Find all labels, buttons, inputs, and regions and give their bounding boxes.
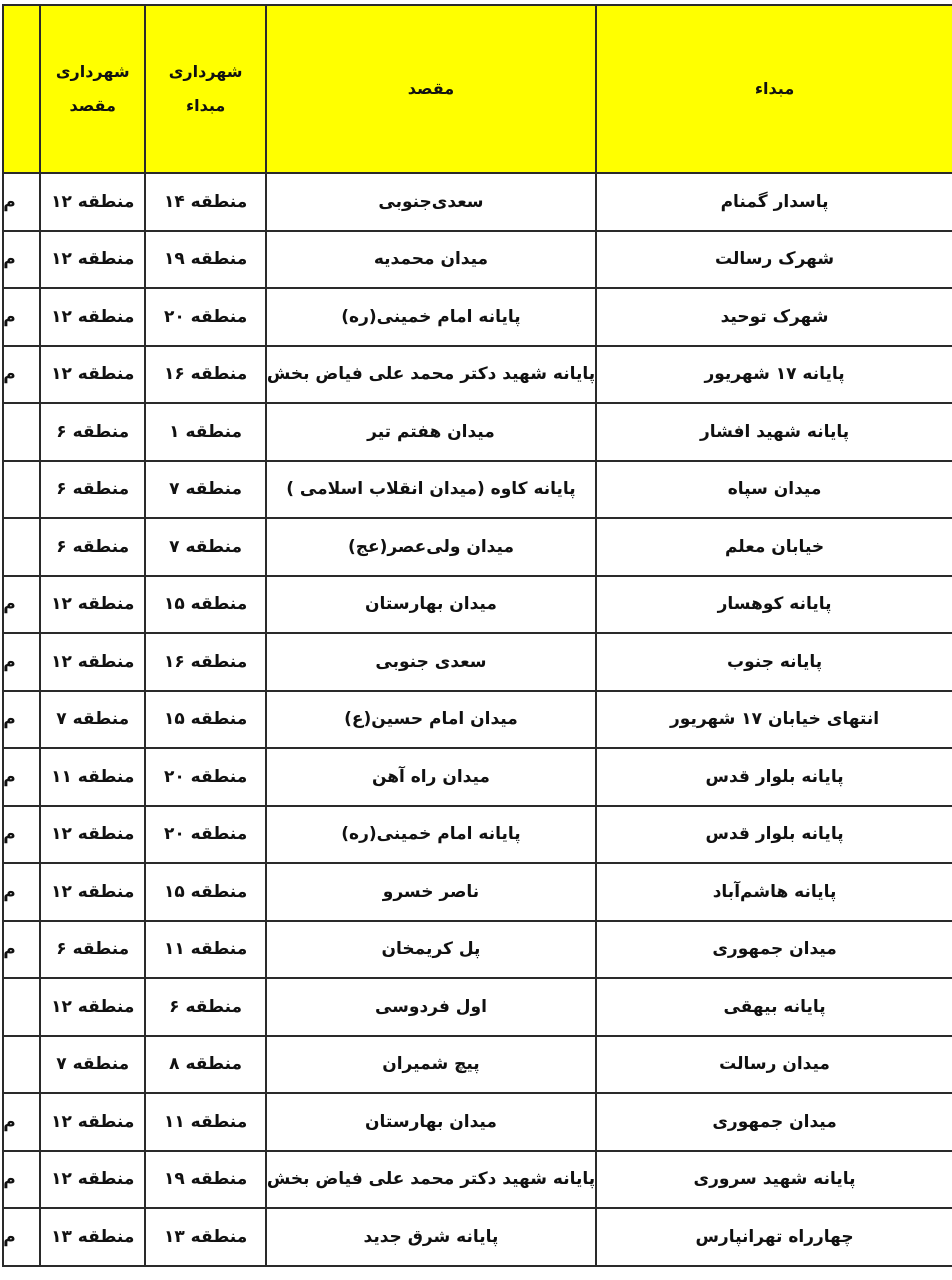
table-row: پایانه بلوار قدسمیدان راه آهنمنطقه ۲۰منط… [3, 748, 952, 806]
origin-cell: پایانه هاشم‌آباد [596, 863, 952, 921]
extra-cutoff-cell: م [3, 1093, 40, 1151]
destination-cell: پایانه شهید دکتر محمد علی فیاض بخش [266, 346, 596, 404]
origin-cell: پایانه جنوب [596, 633, 952, 691]
extra-cutoff-cell [3, 518, 40, 576]
origin-zone-cell: منطقه ۱۳ [145, 1208, 265, 1266]
origin-cell: شهرک توحید [596, 288, 952, 346]
table-row: انتهای خیابان ۱۷ شهریورمیدان امام حسین(ع… [3, 691, 952, 749]
origin-zone-cell: منطقه ۱۹ [145, 1151, 265, 1209]
destination-cell: پایانه شرق جدید [266, 1208, 596, 1266]
destination-cell: پل کریمخان [266, 921, 596, 979]
document-sheet: مبداء مقصد شهرداری مبداء شهرداری مقصد پا… [0, 0, 952, 1280]
extra-cutoff-cell: م [3, 231, 40, 289]
extra-cutoff-text: م [3, 767, 15, 787]
extra-cutoff-cell: م [3, 346, 40, 404]
extra-cutoff-cell [3, 461, 40, 519]
origin-zone-cell: منطقه ۲۰ [145, 288, 265, 346]
table-row: پایانه شهید افشارمیدان هفتم تیرمنطقه ۱من… [3, 403, 952, 461]
destination-zone-cell: منطقه ۱۲ [40, 633, 145, 691]
destination-zone-cell: منطقه ۱۲ [40, 1151, 145, 1209]
origin-zone-cell: منطقه ۱۹ [145, 231, 265, 289]
extra-cutoff-cell: م [3, 1151, 40, 1209]
destination-zone-cell: منطقه ۱۲ [40, 863, 145, 921]
origin-cell: پایانه بلوار قدس [596, 806, 952, 864]
destination-cell: پایانه امام خمینی(ره) [266, 806, 596, 864]
destination-zone-cell: منطقه ۶ [40, 461, 145, 519]
header-destination-municipality: شهرداری مقصد [40, 5, 145, 173]
header-origin-municipality: شهرداری مبداء [145, 5, 265, 173]
origin-zone-cell: منطقه ۱۱ [145, 1093, 265, 1151]
origin-zone-cell: منطقه ۱۵ [145, 576, 265, 634]
origin-zone-cell: منطقه ۱۴ [145, 173, 265, 231]
extra-cutoff-text: م [3, 939, 15, 959]
origin-cell: میدان جمهوری [596, 1093, 952, 1151]
header-destination-municipality-line1: شهرداری [41, 55, 144, 89]
extra-cutoff-text: م [3, 882, 15, 902]
header-extra-cutoff [3, 5, 40, 173]
extra-cutoff-text: م [3, 249, 15, 269]
table-row: میدان جمهوریپل کریمخانمنطقه ۱۱منطقه ۶م [3, 921, 952, 979]
destination-zone-cell: منطقه ۱۳ [40, 1208, 145, 1266]
extra-cutoff-cell: م [3, 863, 40, 921]
origin-zone-cell: منطقه ۱۶ [145, 346, 265, 404]
origin-cell: پایانه کوهسار [596, 576, 952, 634]
destination-zone-cell: منطقه ۱۲ [40, 288, 145, 346]
header-destination: مقصد [266, 5, 596, 173]
table-row: پایانه بیهقیاول فردوسیمنطقه ۶منطقه ۱۲ [3, 978, 952, 1036]
destination-zone-cell: منطقه ۱۲ [40, 346, 145, 404]
destination-zone-cell: منطقه ۱۲ [40, 576, 145, 634]
destination-cell: میدان بهارستان [266, 576, 596, 634]
origin-cell: شهرک رسالت [596, 231, 952, 289]
origin-cell: پایانه بلوار قدس [596, 748, 952, 806]
extra-cutoff-cell: م [3, 576, 40, 634]
extra-cutoff-cell: م [3, 288, 40, 346]
extra-cutoff-text: م [3, 594, 15, 614]
origin-zone-cell: منطقه ۱۵ [145, 691, 265, 749]
routes-table: مبداء مقصد شهرداری مبداء شهرداری مقصد پا… [2, 4, 952, 1267]
destination-zone-cell: منطقه ۱۲ [40, 806, 145, 864]
destination-cell: ناصر خسرو [266, 863, 596, 921]
table-row: چهارراه تهرانپارسپایانه شرق جدیدمنطقه ۱۳… [3, 1208, 952, 1266]
extra-cutoff-text: م [3, 824, 15, 844]
origin-cell: خیابان معلم [596, 518, 952, 576]
origin-cell: میدان رسالت [596, 1036, 952, 1094]
destination-zone-cell: منطقه ۶ [40, 403, 145, 461]
table-row: شهرک توحیدپایانه امام خمینی(ره)منطقه ۲۰م… [3, 288, 952, 346]
destination-zone-cell: منطقه ۱۲ [40, 173, 145, 231]
destination-cell: پیچ شمیران [266, 1036, 596, 1094]
destination-zone-cell: منطقه ۱۲ [40, 231, 145, 289]
origin-cell: چهارراه تهرانپارس [596, 1208, 952, 1266]
header-destination-municipality-line2: مقصد [41, 89, 144, 123]
origin-zone-cell: منطقه ۷ [145, 518, 265, 576]
destination-zone-cell: منطقه ۶ [40, 518, 145, 576]
origin-cell: میدان جمهوری [596, 921, 952, 979]
header-origin-municipality-line1: شهرداری [146, 55, 264, 89]
extra-cutoff-cell: م [3, 921, 40, 979]
origin-cell: میدان سپاه [596, 461, 952, 519]
origin-zone-cell: منطقه ۷ [145, 461, 265, 519]
destination-cell: پایانه کاوه (میدان انقلاب اسلامی ) [266, 461, 596, 519]
table-row: میدان رسالتپیچ شمیرانمنطقه ۸منطقه ۷ [3, 1036, 952, 1094]
extra-cutoff-text: م [3, 192, 15, 212]
destination-cell: میدان بهارستان [266, 1093, 596, 1151]
extra-cutoff-text: م [3, 1227, 15, 1247]
extra-cutoff-cell [3, 403, 40, 461]
extra-cutoff-text: م [3, 307, 15, 327]
origin-cell: پایانه شهید سروری [596, 1151, 952, 1209]
extra-cutoff-text: م [3, 1112, 15, 1132]
extra-cutoff-text: م [3, 709, 15, 729]
destination-cell: میدان محمدیه [266, 231, 596, 289]
extra-cutoff-text: م [3, 652, 15, 672]
destination-cell: پایانه امام خمینی(ره) [266, 288, 596, 346]
origin-cell: پاسدار گمنام [596, 173, 952, 231]
origin-zone-cell: منطقه ۸ [145, 1036, 265, 1094]
destination-cell: میدان راه آهن [266, 748, 596, 806]
table-row: میدان جمهوریمیدان بهارستانمنطقه ۱۱منطقه … [3, 1093, 952, 1151]
origin-zone-cell: منطقه ۱۶ [145, 633, 265, 691]
destination-zone-cell: منطقه ۷ [40, 1036, 145, 1094]
extra-cutoff-cell: م [3, 748, 40, 806]
destination-cell: پایانه شهید دکتر محمد علی فیاض بخش [266, 1151, 596, 1209]
destination-cell: سعدی‌جنوبی [266, 173, 596, 231]
table-row: پایانه جنوبسعدی جنوبیمنطقه ۱۶منطقه ۱۲م [3, 633, 952, 691]
destination-zone-cell: منطقه ۷ [40, 691, 145, 749]
table-row: پایانه هاشم‌آبادناصر خسرومنطقه ۱۵منطقه ۱… [3, 863, 952, 921]
table-row: میدان سپاهپایانه کاوه (میدان انقلاب اسلا… [3, 461, 952, 519]
origin-zone-cell: منطقه ۱ [145, 403, 265, 461]
extra-cutoff-cell: م [3, 173, 40, 231]
destination-cell: میدان هفتم تیر [266, 403, 596, 461]
origin-cell: انتهای خیابان ۱۷ شهریور [596, 691, 952, 749]
origin-zone-cell: منطقه ۶ [145, 978, 265, 1036]
extra-cutoff-cell: م [3, 1208, 40, 1266]
origin-cell: پایانه بیهقی [596, 978, 952, 1036]
destination-cell: اول فردوسی [266, 978, 596, 1036]
origin-zone-cell: منطقه ۲۰ [145, 748, 265, 806]
origin-zone-cell: منطقه ۲۰ [145, 806, 265, 864]
table-row: خیابان معلممیدان ولی‌عصر(عج)منطقه ۷منطقه… [3, 518, 952, 576]
table-body: پاسدار گمنامسعدی‌جنوبیمنطقه ۱۴منطقه ۱۲مش… [3, 173, 952, 1266]
extra-cutoff-cell [3, 1036, 40, 1094]
extra-cutoff-text: م [3, 1169, 15, 1189]
destination-cell: سعدی جنوبی [266, 633, 596, 691]
destination-zone-cell: منطقه ۱۲ [40, 1093, 145, 1151]
origin-zone-cell: منطقه ۱۵ [145, 863, 265, 921]
extra-cutoff-cell: م [3, 691, 40, 749]
origin-cell: پایانه ۱۷ شهریور [596, 346, 952, 404]
destination-zone-cell: منطقه ۱۱ [40, 748, 145, 806]
destination-zone-cell: منطقه ۱۲ [40, 978, 145, 1036]
extra-cutoff-cell: م [3, 633, 40, 691]
destination-cell: میدان ولی‌عصر(عج) [266, 518, 596, 576]
origin-zone-cell: منطقه ۱۱ [145, 921, 265, 979]
table-row: پایانه شهید سروریپایانه شهید دکتر محمد ع… [3, 1151, 952, 1209]
destination-zone-cell: منطقه ۶ [40, 921, 145, 979]
extra-cutoff-text: م [3, 364, 15, 384]
table-row: پایانه ۱۷ شهریورپایانه شهید دکتر محمد عل… [3, 346, 952, 404]
header-origin: مبداء [596, 5, 952, 173]
extra-cutoff-cell: م [3, 806, 40, 864]
destination-cell: میدان امام حسین(ع) [266, 691, 596, 749]
table-row: پایانه کوهسارمیدان بهارستانمنطقه ۱۵منطقه… [3, 576, 952, 634]
table-row: شهرک رسالتمیدان محمدیهمنطقه ۱۹منطقه ۱۲م [3, 231, 952, 289]
table-row: پایانه بلوار قدسپایانه امام خمینی(ره)منط… [3, 806, 952, 864]
extra-cutoff-cell [3, 978, 40, 1036]
header-row: مبداء مقصد شهرداری مبداء شهرداری مقصد [3, 5, 952, 173]
origin-cell: پایانه شهید افشار [596, 403, 952, 461]
table-row: پاسدار گمنامسعدی‌جنوبیمنطقه ۱۴منطقه ۱۲م [3, 173, 952, 231]
header-origin-municipality-line2: مبداء [146, 89, 264, 123]
